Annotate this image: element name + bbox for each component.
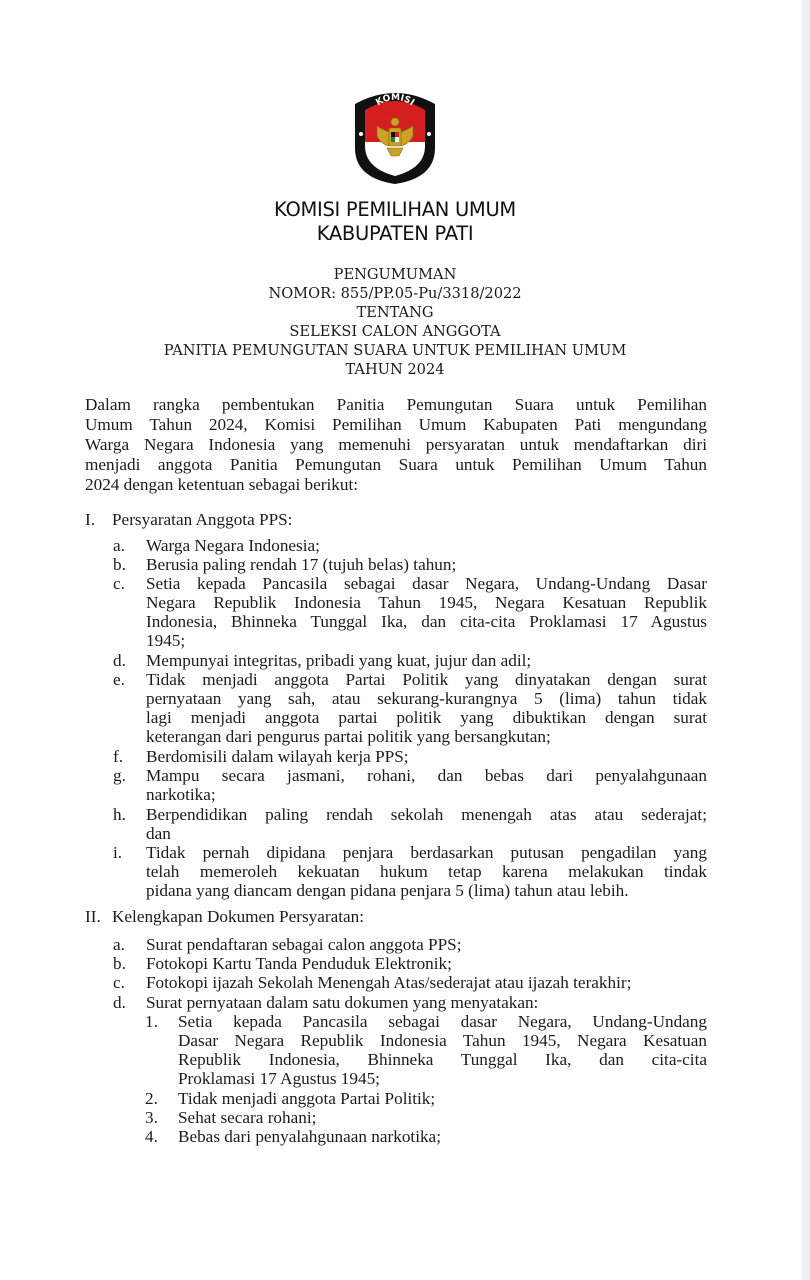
list-item-label: a.: [113, 935, 143, 954]
list-item-line: Fotokopi Kartu Tanda Penduduk Elektronik…: [146, 954, 707, 973]
list-item-line: Republik Indonesia, Bhinneka Tunggal Ika…: [178, 1050, 707, 1069]
list-item-label: a.: [113, 536, 143, 555]
list-item-line: Proklamasi 17 Agustus 1945;: [178, 1069, 707, 1088]
list-item-line: Surat pernyataan dalam satu dokumen yang…: [146, 993, 707, 1012]
list-item-text: Berdomisili dalam wilayah kerja PPS;: [146, 747, 707, 766]
list-item-line: Indonesia, Bhinneka Tunggal Ika, dan cit…: [146, 612, 707, 631]
list-item-text: Setia kepada Pancasila sebagai dasar Neg…: [146, 574, 707, 650]
intro-line: Umum Tahun 2024, Komisi Pemilihan Umum K…: [85, 415, 707, 435]
section-title: Kelengkapan Dokumen Persyaratan:: [112, 907, 364, 926]
kpu-logo-icon: KOMISI PEMILIHAN UMUM: [351, 88, 439, 184]
list-item: a.Surat pendaftaran sebagai calon anggot…: [113, 935, 707, 954]
list-item-line: Setia kepada Pancasila sebagai dasar Neg…: [146, 574, 707, 593]
list-item-line: Berusia paling rendah 17 (tujuh belas) t…: [146, 555, 707, 574]
list-item-text: Fotokopi Kartu Tanda Penduduk Elektronik…: [146, 954, 707, 973]
list-item-line: keterangan dari pengurus partai politik …: [146, 727, 707, 746]
list-item-text: Mempunyai integritas, pribadi yang kuat,…: [146, 651, 707, 670]
section-number: II.: [85, 907, 112, 927]
list-item-text: Berusia paling rendah 17 (tujuh belas) t…: [146, 555, 707, 574]
list-item: 1.Setia kepada Pancasila sebagai dasar N…: [145, 1012, 707, 1088]
section-1-heading: I.Persyaratan Anggota PPS:: [85, 510, 292, 530]
list-item-line: Berdomisili dalam wilayah kerja PPS;: [146, 747, 707, 766]
intro-line: menjadi anggota Panitia Pemungutan Suara…: [85, 455, 707, 475]
list-item-line: Negara Republik Indonesia Tahun 1945, Ne…: [146, 593, 707, 612]
list-item-line: Berpendidikan paling rendah sekolah mene…: [146, 805, 707, 824]
announcement-number: NOMOR: 855/PP.05-Pu/3318/2022: [0, 284, 790, 303]
list-item: 2.Tidak menjadi anggota Partai Politik;: [145, 1089, 707, 1108]
list-item-label: f.: [113, 747, 143, 766]
announcement-subject-2: PANITIA PEMUNGUTAN SUARA UNTUK PEMILIHAN…: [0, 341, 790, 360]
list-item-line: Tidak pernah dipidana penjara berdasarka…: [146, 843, 707, 862]
list-item-label: i.: [113, 843, 143, 862]
list-item: e.Tidak menjadi anggota Partai Politik y…: [113, 670, 707, 746]
list-item-text: Surat pendaftaran sebagai calon anggota …: [146, 935, 707, 954]
list-item: f.Berdomisili dalam wilayah kerja PPS;: [113, 747, 707, 766]
section-2-heading: II.Kelengkapan Dokumen Persyaratan:: [85, 907, 364, 927]
list-item-label: 3.: [145, 1108, 175, 1127]
list-item: c.Fotokopi ijazah Sekolah Menengah Atas/…: [113, 973, 707, 992]
document-page: KOMISI PEMILIHAN UMUM KOMISI PEMILIHAN U…: [0, 0, 802, 1280]
list-item-line: pidana yang diancam dengan pidana penjar…: [146, 881, 707, 900]
list-item-line: telah memeroleh kekuatan hukum tetap kar…: [146, 862, 707, 881]
intro-line: 2024 dengan ketentuan sebagai berikut:: [85, 475, 707, 495]
list-item-text: Bebas dari penyalahgunaan narkotika;: [178, 1127, 707, 1146]
list-item: g.Mampu secara jasmani, rohani, dan beba…: [113, 766, 707, 804]
list-item-text: Tidak menjadi anggota Partai Politik;: [178, 1089, 707, 1108]
intro-paragraph: Dalam rangka pembentukan Panitia Pemungu…: [85, 395, 707, 495]
list-item: 4.Bebas dari penyalahgunaan narkotika;: [145, 1127, 707, 1146]
list-item-line: lagi menjadi anggota partai politik yang…: [146, 708, 707, 727]
list-item-text: Fotokopi ijazah Sekolah Menengah Atas/se…: [146, 973, 707, 992]
page-edge: [802, 0, 810, 1280]
list-item-label: h.: [113, 805, 143, 824]
list-item-line: pernyataan yang sah, atau sekurang-kuran…: [146, 689, 707, 708]
list-item: b.Berusia paling rendah 17 (tujuh belas)…: [113, 555, 707, 574]
list-item: i.Tidak pernah dipidana penjara berdasar…: [113, 843, 707, 900]
list-item-text: Surat pernyataan dalam satu dokumen yang…: [146, 993, 707, 1012]
list-item: d.Mempunyai integritas, pribadi yang kua…: [113, 651, 707, 670]
list-item-text: Tidak menjadi anggota Partai Politik yan…: [146, 670, 707, 746]
list-item-line: Sehat secara rohani;: [178, 1108, 707, 1127]
list-item-line: Mampu secara jasmani, rohani, dan bebas …: [146, 766, 707, 785]
announcement-subject-1: SELEKSI CALON ANGGOTA: [0, 322, 790, 341]
list-item: b.Fotokopi Kartu Tanda Penduduk Elektron…: [113, 954, 707, 973]
list-item-label: d.: [113, 651, 143, 670]
section-title: Persyaratan Anggota PPS:: [112, 510, 292, 529]
list-item-label: 1.: [145, 1012, 175, 1031]
list-item-text: Berpendidikan paling rendah sekolah mene…: [146, 805, 707, 843]
list-item-line: Fotokopi ijazah Sekolah Menengah Atas/se…: [146, 973, 707, 992]
list-item-label: d.: [113, 993, 143, 1012]
list-item-line: Tidak menjadi anggota Partai Politik;: [178, 1089, 707, 1108]
list-item-label: c.: [113, 973, 143, 992]
list-item-label: 4.: [145, 1127, 175, 1146]
list-item-label: b.: [113, 555, 143, 574]
intro-line: Warga Negara Indonesia yang memenuhi per…: [85, 435, 707, 455]
list-item-line: Setia kepada Pancasila sebagai dasar Neg…: [178, 1012, 707, 1031]
list-item: 3.Sehat secara rohani;: [145, 1108, 707, 1127]
list-item-label: b.: [113, 954, 143, 973]
list-item-text: Tidak pernah dipidana penjara berdasarka…: [146, 843, 707, 900]
list-item-line: narkotika;: [146, 785, 707, 804]
list-item-text: Warga Negara Indonesia;: [146, 536, 707, 555]
list-item: h.Berpendidikan paling rendah sekolah me…: [113, 805, 707, 843]
list-item-line: Mempunyai integritas, pribadi yang kuat,…: [146, 651, 707, 670]
list-item-label: g.: [113, 766, 143, 785]
intro-line: Dalam rangka pembentukan Panitia Pemungu…: [85, 395, 707, 415]
list-item-line: Bebas dari penyalahgunaan narkotika;: [178, 1127, 707, 1146]
section-number: I.: [85, 510, 112, 530]
list-item-label: e.: [113, 670, 143, 689]
list-item: d.Surat pernyataan dalam satu dokumen ya…: [113, 993, 707, 1012]
list-item-text: Mampu secara jasmani, rohani, dan bebas …: [146, 766, 707, 804]
list-item-text: Setia kepada Pancasila sebagai dasar Neg…: [178, 1012, 707, 1088]
header-region: KABUPATEN PATI: [0, 222, 790, 246]
announcement-title: PENGUMUMAN: [0, 265, 790, 284]
list-item-line: Warga Negara Indonesia;: [146, 536, 707, 555]
announcement-about: TENTANG: [0, 303, 790, 322]
list-item: a.Warga Negara Indonesia;: [113, 536, 707, 555]
list-item-label: c.: [113, 574, 143, 593]
list-item-line: dan: [146, 824, 707, 843]
announcement-subject-3: TAHUN 2024: [0, 360, 790, 379]
list-item-line: 1945;: [146, 631, 707, 650]
list-item-text: Sehat secara rohani;: [178, 1108, 707, 1127]
list-item-label: 2.: [145, 1089, 175, 1108]
header-organization: KOMISI PEMILIHAN UMUM: [0, 198, 790, 222]
list-item: c.Setia kepada Pancasila sebagai dasar N…: [113, 574, 707, 650]
list-item-line: Surat pendaftaran sebagai calon anggota …: [146, 935, 707, 954]
list-item-line: Dasar Negara Republik Indonesia Tahun 19…: [178, 1031, 707, 1050]
list-item-line: Tidak menjadi anggota Partai Politik yan…: [146, 670, 707, 689]
